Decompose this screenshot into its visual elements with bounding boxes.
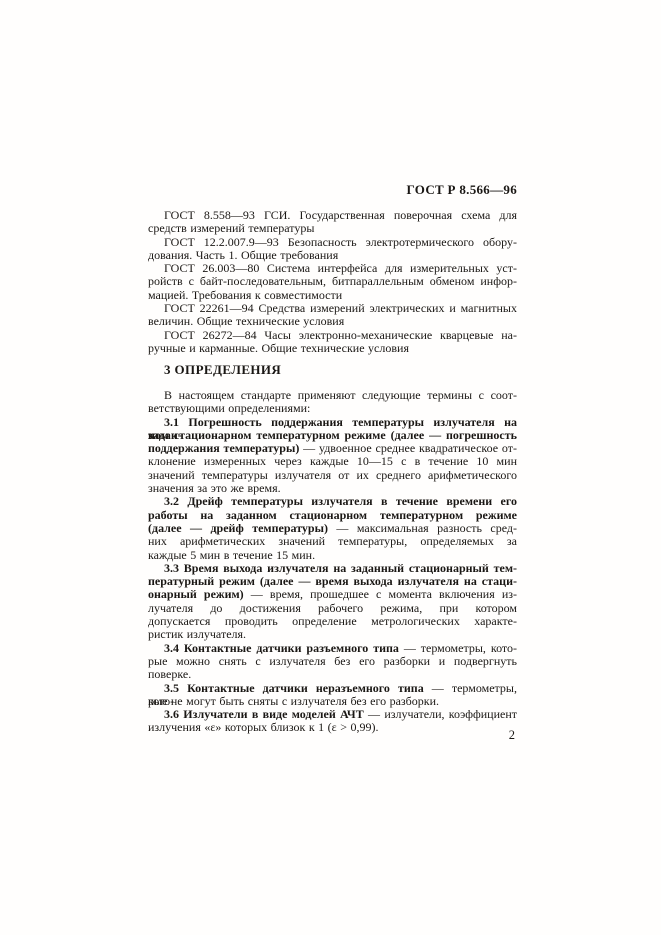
- text-line: рые можно снять с излучателя без его раз…: [148, 655, 517, 668]
- text-line: значений температуры излучателя от их ср…: [148, 469, 517, 482]
- text-line: 3.4 Контактные датчики разъемного типа —…: [148, 642, 517, 655]
- text-line: 3.3 Время выхода излучателя на заданный …: [148, 562, 517, 575]
- document-code-header: ГОСТ Р 8.566—96: [148, 183, 517, 197]
- text-line: ГОСТ 22261—94 Средства измерений электри…: [148, 302, 517, 315]
- text-line: поддержания температуры) — удвоенное сре…: [148, 442, 517, 455]
- document-page: ГОСТ Р 8.566—96 ГОСТ 8.558—93 ГСИ. Госуд…: [0, 0, 661, 935]
- text-line: ристик излучателя.: [148, 628, 517, 641]
- text-line: лучателя до достижения рабочего режима, …: [148, 602, 517, 615]
- text-line: ГОСТ 8.558—93 ГСИ. Государственная повер…: [148, 209, 517, 222]
- text-line: значения за это же время.: [148, 482, 517, 495]
- gost-references-block: ГОСТ 8.558—93 ГСИ. Государственная повер…: [148, 209, 517, 355]
- text-line: них арифметических значений температуры,…: [148, 535, 517, 548]
- text-line: ручные и карманные. Общие технические ус…: [148, 342, 517, 355]
- text-line: онарный режим) — время, прошедшее с моме…: [148, 588, 517, 601]
- text-line: 3.6 Излучатели в виде моделей АЧТ — излу…: [148, 708, 517, 721]
- text-line: ГОСТ 12.2.007.9—93 Безопасность электрот…: [148, 236, 517, 249]
- text-line: ветствующими определениями:: [148, 402, 517, 415]
- text-line: допускается проводить определение метрол…: [148, 615, 517, 628]
- text-line: каждые 5 мин в течение 15 мин.: [148, 549, 517, 562]
- text-line: клонение измеренных через каждые 10—15 с…: [148, 455, 517, 468]
- definitions-block: В настоящем стандарте применяют следующи…: [148, 389, 517, 735]
- text-line: величин. Общие технические условия: [148, 315, 517, 328]
- text-line: В настоящем стандарте применяют следующи…: [148, 389, 517, 402]
- text-line: ГОСТ 26272—84 Часы электронно-механическ…: [148, 329, 517, 342]
- text-line: ройств с байт-последовательным, битпарал…: [148, 275, 517, 288]
- text-line: (далее — дрейф температуры) — максимальн…: [148, 522, 517, 535]
- page-number: 2: [148, 728, 517, 742]
- text-line: 3.2 Дрейф температуры излучателя в течен…: [148, 495, 517, 508]
- text-line: 3.5 Контактные датчики неразъемного типа…: [148, 682, 517, 695]
- text-line: пературный режим (далее — время выхода и…: [148, 575, 517, 588]
- text-line: рые не могут быть сняты с излучателя без…: [148, 695, 517, 708]
- text-line: дования. Часть 1. Общие требования: [148, 249, 517, 262]
- text-line: работы на заданном стационарном температ…: [148, 509, 517, 522]
- section-heading: 3 ОПРЕДЕЛЕНИЯ: [148, 363, 517, 377]
- text-line: поверке.: [148, 668, 517, 681]
- text-line: ном стационарном температурном режиме (д…: [148, 429, 517, 442]
- text-line: 3.1 Погрешность поддержания температуры …: [148, 416, 517, 429]
- text-line: мацией. Требования к совместимости: [148, 289, 517, 302]
- text-line: средств измерений температуры: [148, 222, 517, 235]
- text-line: ГОСТ 26.003—80 Система интерфейса для из…: [148, 262, 517, 275]
